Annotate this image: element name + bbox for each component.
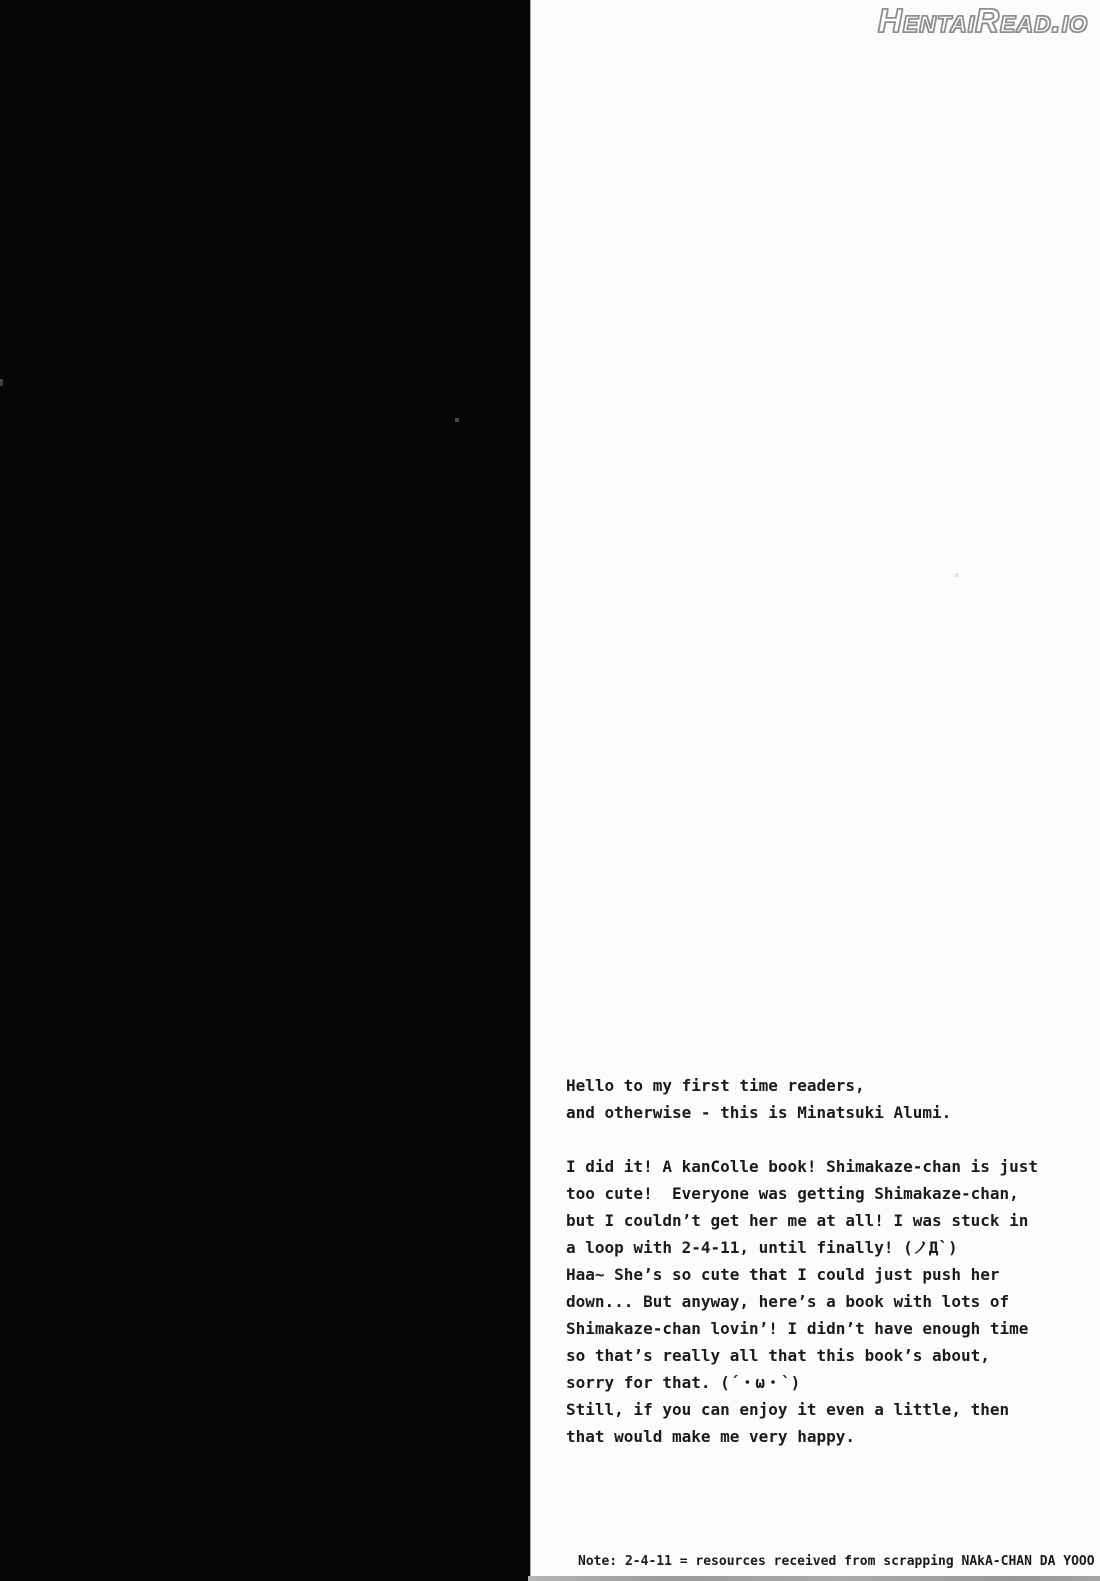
- afterword-text-block: Hello to my first time readers,and other…: [566, 1072, 1038, 1450]
- site-watermark: HentaiRead.io: [878, 2, 1088, 40]
- afterword-line: Still, if you can enjoy it even a little…: [566, 1396, 1038, 1423]
- afterword-line: but I couldn’t get her me at all! I was …: [566, 1207, 1038, 1234]
- afterword-line: I did it! A kanColle book! Shimakaze-cha…: [566, 1153, 1038, 1180]
- afterword-line: [566, 1126, 1038, 1153]
- afterword-line: too cute! Everyone was getting Shimakaze…: [566, 1180, 1038, 1207]
- scan-speck: [455, 418, 459, 422]
- afterword-line: that would make me very happy.: [566, 1423, 1038, 1450]
- afterword-line: Haa~ She’s so cute that I could just pus…: [566, 1261, 1038, 1288]
- afterword-line: a loop with 2-4-11, until finally! (ノД`): [566, 1234, 1038, 1261]
- left-black-panel: [0, 0, 530, 1581]
- afterword-line: Hello to my first time readers,: [566, 1072, 1038, 1099]
- afterword-line: so that’s really all that this book’s ab…: [566, 1342, 1038, 1369]
- afterword-line: sorry for that. (´・ω・`): [566, 1369, 1038, 1396]
- afterword-line: and otherwise - this is Minatsuki Alumi.: [566, 1099, 1038, 1126]
- afterword-line: Shimakaze-chan lovin’! I didn’t have eno…: [566, 1315, 1038, 1342]
- scan-edge-artifact: [528, 1576, 1100, 1581]
- translator-note: Note: 2-4-11 = resources received from s…: [578, 1551, 1095, 1573]
- scan-speck: [0, 379, 3, 386]
- scan-speck: [955, 573, 959, 577]
- afterword-line: down... But anyway, here’s a book with l…: [566, 1288, 1038, 1315]
- manga-scan-page: HentaiRead.io Hello to my first time rea…: [0, 0, 1100, 1581]
